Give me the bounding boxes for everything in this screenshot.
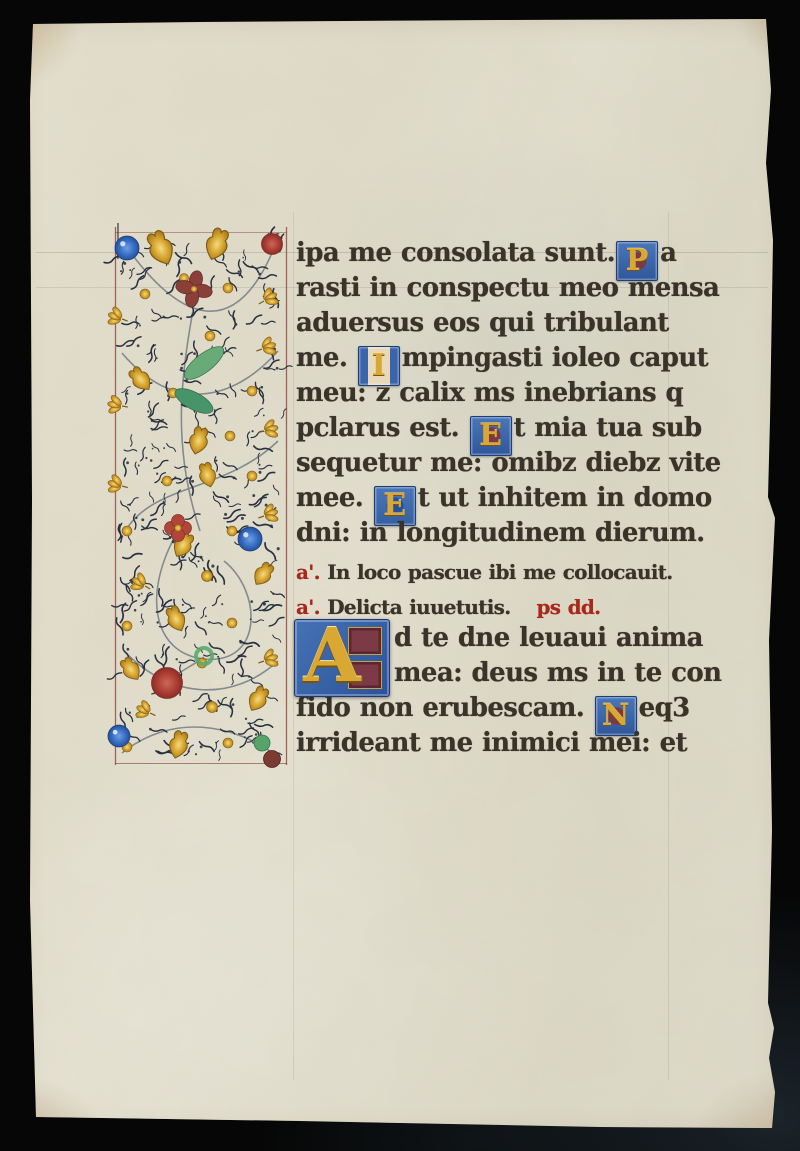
berry-red — [262, 234, 283, 255]
gothic-text: mee. — [296, 483, 373, 513]
gold-dot — [140, 289, 150, 299]
gold-ivy-leaf — [117, 655, 144, 684]
vine-stems — [122, 249, 278, 757]
gold-dot — [207, 702, 218, 713]
rubric-text: a'. — [296, 560, 327, 584]
gold-trefoil — [105, 472, 130, 498]
gold-trefoil — [255, 417, 280, 443]
initial-letter: A — [297, 614, 367, 698]
gothic-text: d te dne leuaui anima — [394, 623, 703, 653]
gothic-text: me. — [296, 343, 357, 373]
gold-dot — [223, 738, 233, 748]
text-line: a'. In loco pascue ibi me collocauit. — [296, 555, 673, 590]
text-line: dni: in longitudinem dierum. — [296, 516, 705, 551]
text-line: mea: deus ms in te con — [394, 656, 721, 691]
gold-dot — [227, 618, 237, 628]
gothic-text: dni: in longitudinem dierum. — [296, 518, 705, 548]
text-line: me. Impingasti ioleo caput — [296, 341, 708, 376]
gold-dot — [202, 571, 213, 582]
rubric-text: ps dd. — [536, 595, 600, 619]
gold-trefoil — [105, 304, 132, 331]
gold-dot — [225, 431, 235, 441]
gold-dot — [247, 471, 257, 481]
text-line: mee. Et ut inhitem in domo — [296, 481, 712, 516]
tendril-squiggles — [104, 227, 292, 761]
text-line: pclarus est. Et mia tua sub — [296, 411, 702, 446]
gold-ivy-leaf — [186, 425, 210, 456]
text-line: sequetur me: omibz diebz vite — [296, 446, 721, 481]
berry-maroon — [264, 751, 281, 768]
berry-red-large — [152, 668, 183, 699]
text-line: irrideant me inimici mei: et — [296, 726, 687, 761]
gothic-text: meu: z calix ms inebrians q — [296, 378, 683, 408]
gold-dot — [223, 283, 233, 293]
gothic-text: t ut inhitem in domo — [418, 483, 712, 513]
gold-ivy-leaf — [250, 560, 277, 589]
text-line: ipa me consolata sunt.Pa — [296, 236, 676, 271]
green-leaf — [171, 384, 216, 419]
photo-background: ipa me consolata sunt.Parasti in conspec… — [0, 0, 800, 1151]
gold-trefoil — [132, 697, 160, 725]
floral-border-panel — [112, 231, 290, 765]
gothic-text: a — [660, 238, 676, 268]
gothic-text: In loco pascue ibi me collocauit. — [327, 560, 672, 584]
gold-dot — [247, 386, 257, 396]
gold-dot — [122, 621, 132, 631]
gothic-text: aduersus eos qui tribulant — [296, 308, 669, 338]
gothic-text: rasti in conspectu meo mensa — [296, 273, 719, 303]
text-line: aduersus eos qui tribulant — [296, 306, 669, 341]
gold-ivy-leaf — [166, 729, 190, 760]
gothic-text: sequetur me: omibz diebz vite — [296, 448, 721, 478]
text-line: meu: z calix ms inebrians q — [296, 376, 683, 411]
gothic-text: eq3 — [639, 693, 690, 723]
gold-dot — [122, 526, 132, 536]
berry-blue — [115, 236, 139, 260]
berry-blue — [108, 725, 130, 747]
illuminated-initial-A: A — [294, 619, 390, 697]
gothic-text: ipa me consolata sunt. — [296, 238, 615, 268]
gothic-text: mpingasti ioleo caput — [402, 343, 708, 373]
berry-blue — [238, 527, 262, 551]
gothic-text: mea: deus ms in te con — [394, 658, 721, 688]
panel-frame-lines — [115, 223, 287, 765]
gold-ivy-leaf — [202, 226, 232, 263]
text-line: rasti in conspectu meo mensa — [296, 271, 719, 306]
gold-trefoil — [253, 284, 282, 313]
gold-dot — [205, 331, 215, 341]
gothic-text: t mia tua sub — [514, 413, 702, 443]
gothic-text: irrideant me inimici mei: et — [296, 728, 687, 758]
gold-trefoil — [253, 334, 280, 361]
gold-dot — [162, 476, 172, 486]
manuscript-leaf: ipa me consolata sunt.Parasti in conspec… — [0, 0, 800, 1151]
berry-green — [254, 735, 270, 751]
text-line: d te dne leuaui anima — [394, 621, 703, 656]
gothic-text: pclarus est. — [296, 413, 469, 443]
gold-ivy-leaf — [244, 684, 272, 715]
gold-dot — [227, 526, 237, 536]
